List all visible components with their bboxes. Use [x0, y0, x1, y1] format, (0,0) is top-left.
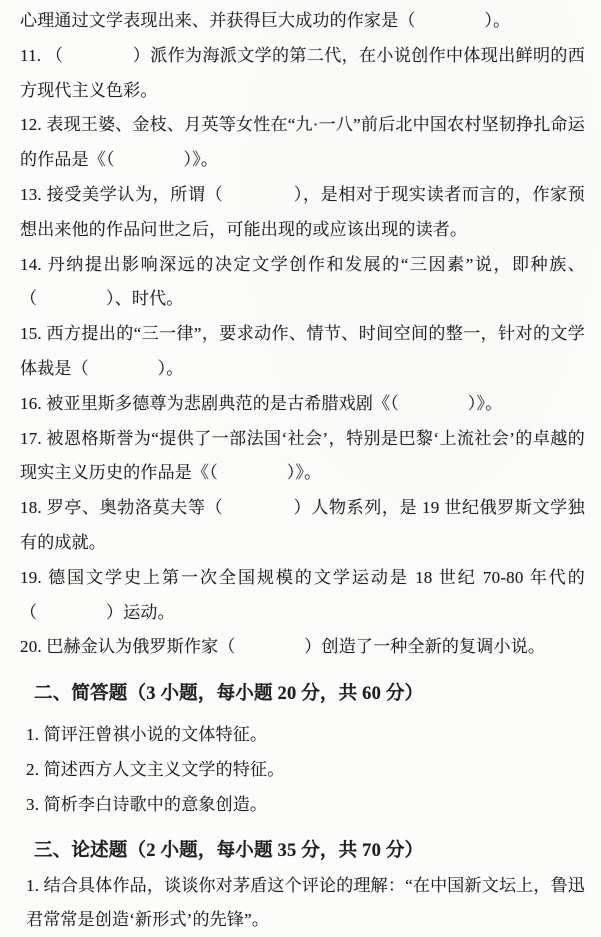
fill-in-question-11: 11. （ ）派作为海派文学的第二代，在小说创作中体现出鲜明的西方现代主义色彩。	[20, 39, 585, 109]
fill-in-question-19: 19. 德国文学史上第一次全国规模的文学运动是 18 世纪 70-80 年代的（…	[20, 561, 585, 631]
short-answer-question-1: 1. 简评汪曾祺小说的文体特征。	[20, 718, 585, 753]
short-answer-question-3: 3. 简析李白诗歌中的意象创造。	[20, 788, 585, 823]
fill-in-question-18: 18. 罗亭、奥勃洛莫夫等（ ）人物系列，是 19 世纪俄罗斯文学独有的成就。	[20, 491, 585, 561]
fill-in-question-20: 20. 巴赫金认为俄罗斯作家（ ）创造了一种全新的复调小说。	[20, 630, 585, 665]
exam-page: 心理通过文学表现出来、并获得巨大成功的作家是（ ）。 11. （ ）派作为海派文…	[0, 0, 601, 937]
fill-in-question-14: 14. 丹纳提出影响深远的决定文学创作和发展的“三因素”说，即种族、（ ）、时代…	[20, 248, 585, 318]
fill-in-question-12: 12. 表现王婆、金枝、月英等女性在“九·一八”前后北中国农村坚韧挣扎命运的作品…	[20, 108, 585, 178]
fill-in-question-15: 15. 西方提出的“三一律”，要求动作、情节、时间空间的整一，针对的文学体裁是（…	[20, 317, 585, 387]
section-heading-essay: 三、论述题（2 小题，每小题 35 分，共 70 分）	[34, 834, 585, 869]
short-answer-question-2: 2. 简述西方人文主义文学的特征。	[20, 753, 585, 788]
fill-in-question-17: 17. 被恩格斯誉为“提供了一部法国‘社会’，特别是巴黎‘上流社会’的卓越的现实…	[20, 422, 585, 492]
question-10-tail: 心理通过文学表现出来、并获得巨大成功的作家是（ ）。	[20, 4, 585, 39]
fill-in-question-13: 13. 接受美学认为，所谓（ ），是相对于现实读者而言的，作家预想出来他的作品问…	[20, 178, 585, 248]
section-heading-short-answer: 二、简答题（3 小题，每小题 20 分，共 60 分）	[34, 677, 585, 712]
essay-question-1: 1. 结合具体作品，谈谈你对茅盾这个评论的理解：“在中国新文坛上，鲁迅君常常是创…	[20, 869, 585, 937]
fill-in-question-16: 16. 被亚里斯多德尊为悲剧典范的是古希腊戏剧《（ ）》。	[20, 387, 585, 422]
